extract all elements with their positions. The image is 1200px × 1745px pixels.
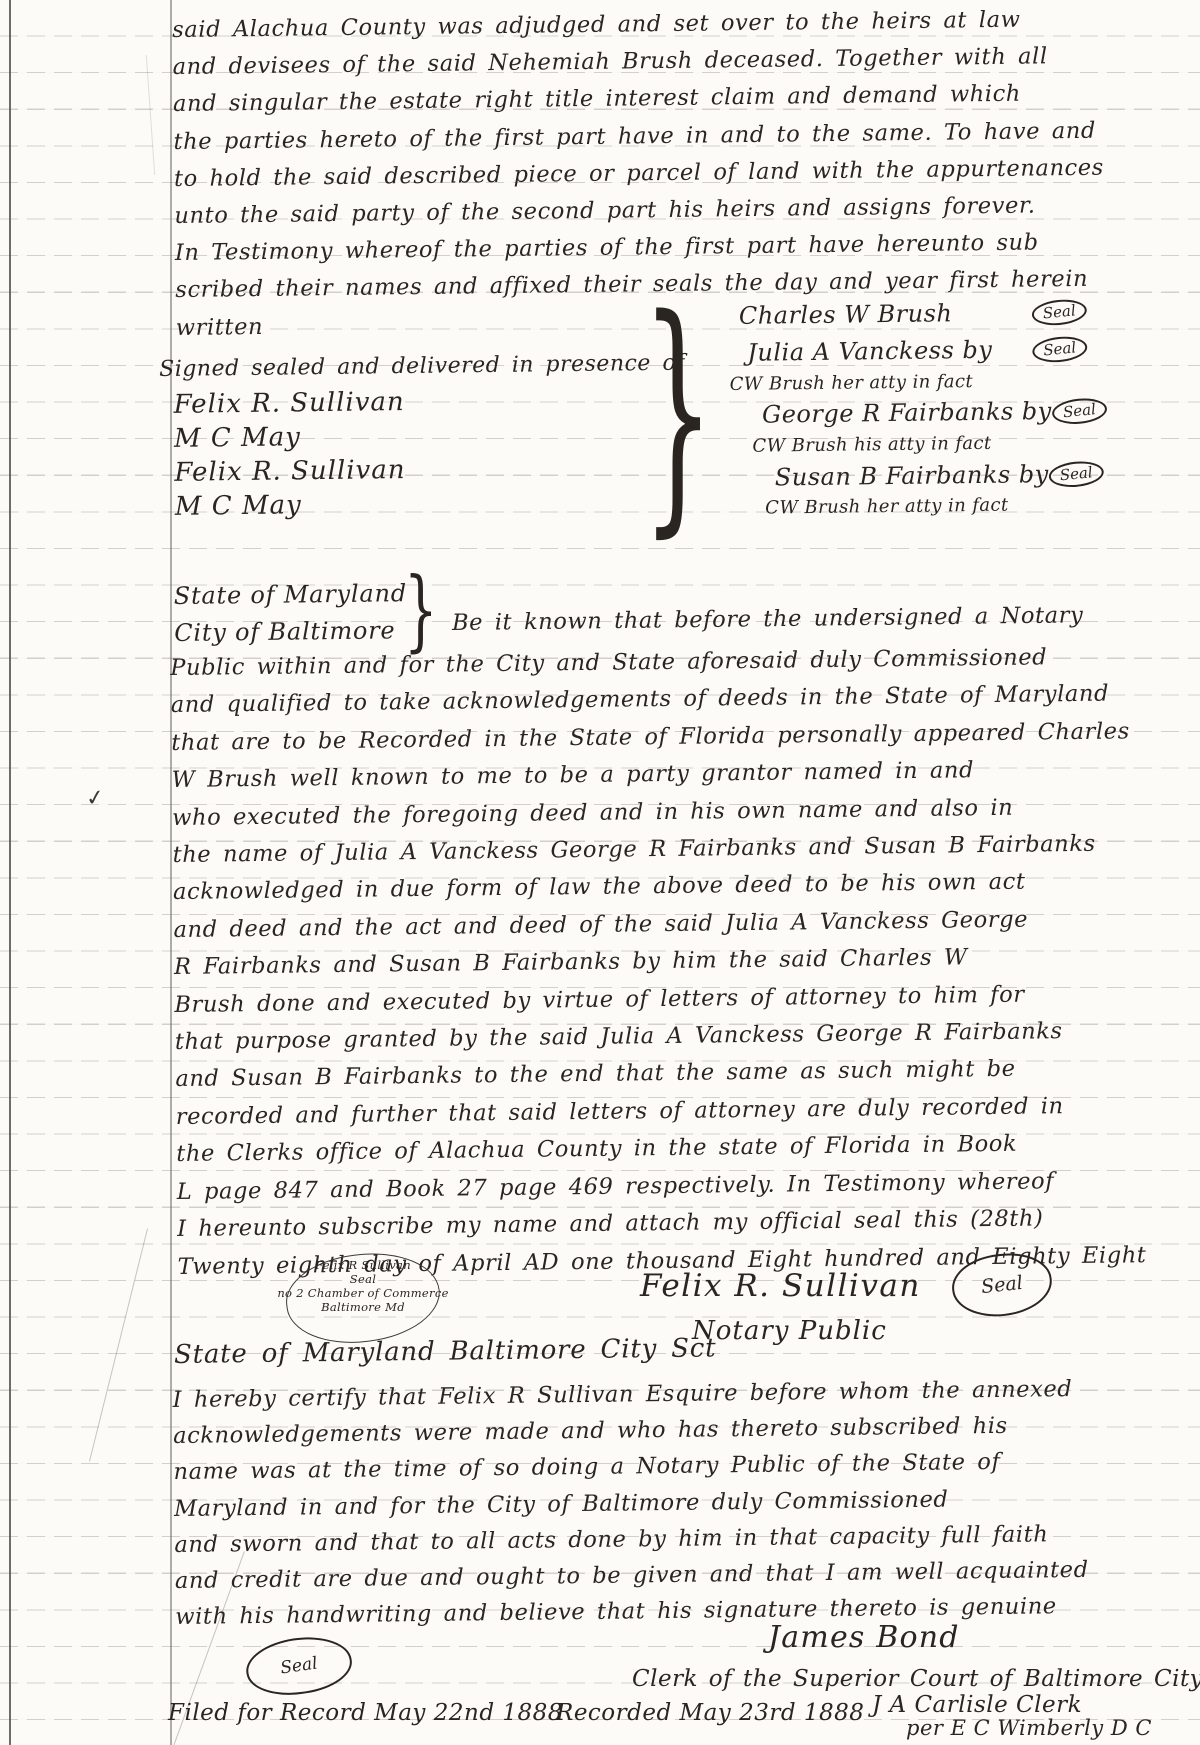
grantor-signatures: Charles W Brush Seal Julia A Vanckess by…	[727, 296, 1090, 519]
witness-name: M C May	[175, 484, 687, 524]
paper-crease	[146, 55, 155, 175]
clerk-signature: James Bond	[768, 1620, 960, 1655]
clerk-certificate: I hereby certify that Felix R Sullivan E…	[172, 1371, 1089, 1636]
signature-row: Charles W Brush Seal	[739, 298, 1087, 330]
stamp-line: Felix R Sullivan	[228, 1258, 498, 1272]
page-edge-line	[9, 0, 11, 1745]
signature-row: Julia A Vanckess by Seal	[747, 335, 1087, 367]
seal-badge: Seal	[1051, 396, 1108, 426]
recorded-note: Recorded May 23rd 1888	[556, 1700, 864, 1726]
filed-for-record-note: Filed for Record May 22nd 1888	[168, 1700, 563, 1726]
signature-brace: }	[642, 290, 714, 535]
stamp-line: Seal	[228, 1272, 498, 1286]
paper-crease	[89, 1228, 148, 1461]
stamp-line: no 2 Chamber of Commerce	[228, 1286, 498, 1300]
signature-name: Susan B Fairbanks by	[775, 460, 1049, 491]
deputy-clerk-signature: per E C Wimberly D C	[906, 1716, 1152, 1740]
seal-badge: Seal	[1031, 334, 1088, 364]
stamp-line: Baltimore Md	[228, 1300, 498, 1314]
signature-row: CW Brush her atty in fact	[730, 370, 1088, 395]
witness-heading: Signed sealed and delivered in presence …	[159, 346, 685, 388]
notary-signature: Felix R. Sullivan	[640, 1268, 921, 1304]
seal-badge: Seal	[1048, 459, 1105, 489]
attorney-in-fact-note: CW Brush her atty in fact	[730, 371, 974, 395]
margin-rule-line	[170, 0, 172, 1745]
venue-city: City of Baltimore	[174, 612, 408, 652]
signature-row: CW Brush his atty in fact	[752, 432, 1088, 457]
recording-clerk-signature: J A Carlisle Clerk	[872, 1692, 1082, 1718]
signature-name: George R Fairbanks by	[762, 397, 1052, 429]
venue-brace: }	[404, 568, 438, 652]
certificate-heading: State of Maryland Baltimore City Sct	[174, 1333, 717, 1370]
signature-row: George R Fairbanks by Seal	[762, 397, 1088, 429]
notary-title: Notary Public	[692, 1316, 887, 1346]
acknowledgement-line: Be it known that before the undersigned …	[452, 602, 1084, 636]
scanned-deed-page: ✓ said Alachua County was adjudged and s…	[0, 0, 1200, 1745]
signature-name: Charles W Brush	[739, 299, 953, 330]
venue-state: State of Maryland	[174, 575, 408, 615]
signature-name: Julia A Vanckess by	[747, 336, 992, 367]
clerk-seal-badge: Seal	[243, 1631, 356, 1701]
signature-row: Susan B Fairbanks by Seal	[775, 460, 1089, 492]
signature-row: CW Brush her atty in fact	[765, 494, 1089, 519]
seal-badge: Seal	[1031, 297, 1088, 327]
clerk-signature-title: Clerk of the Superior Court of Baltimore…	[632, 1666, 1200, 1692]
attorney-in-fact-note: CW Brush his atty in fact	[752, 433, 991, 457]
attorney-in-fact-note: CW Brush her atty in fact	[765, 495, 1009, 519]
deed-closing-paragraph: said Alachua County was adjudged and set…	[172, 1, 1106, 347]
notary-venue: State of Maryland City of Baltimore	[174, 575, 408, 652]
witness-block: Signed sealed and delivered in presence …	[159, 346, 687, 524]
notary-acknowledgement: Public within and for the City and State…	[170, 638, 1147, 1286]
notary-stamp: Felix R Sullivan Seal no 2 Chamber of Co…	[228, 1258, 498, 1314]
margin-checkmark: ✓	[84, 785, 106, 812]
